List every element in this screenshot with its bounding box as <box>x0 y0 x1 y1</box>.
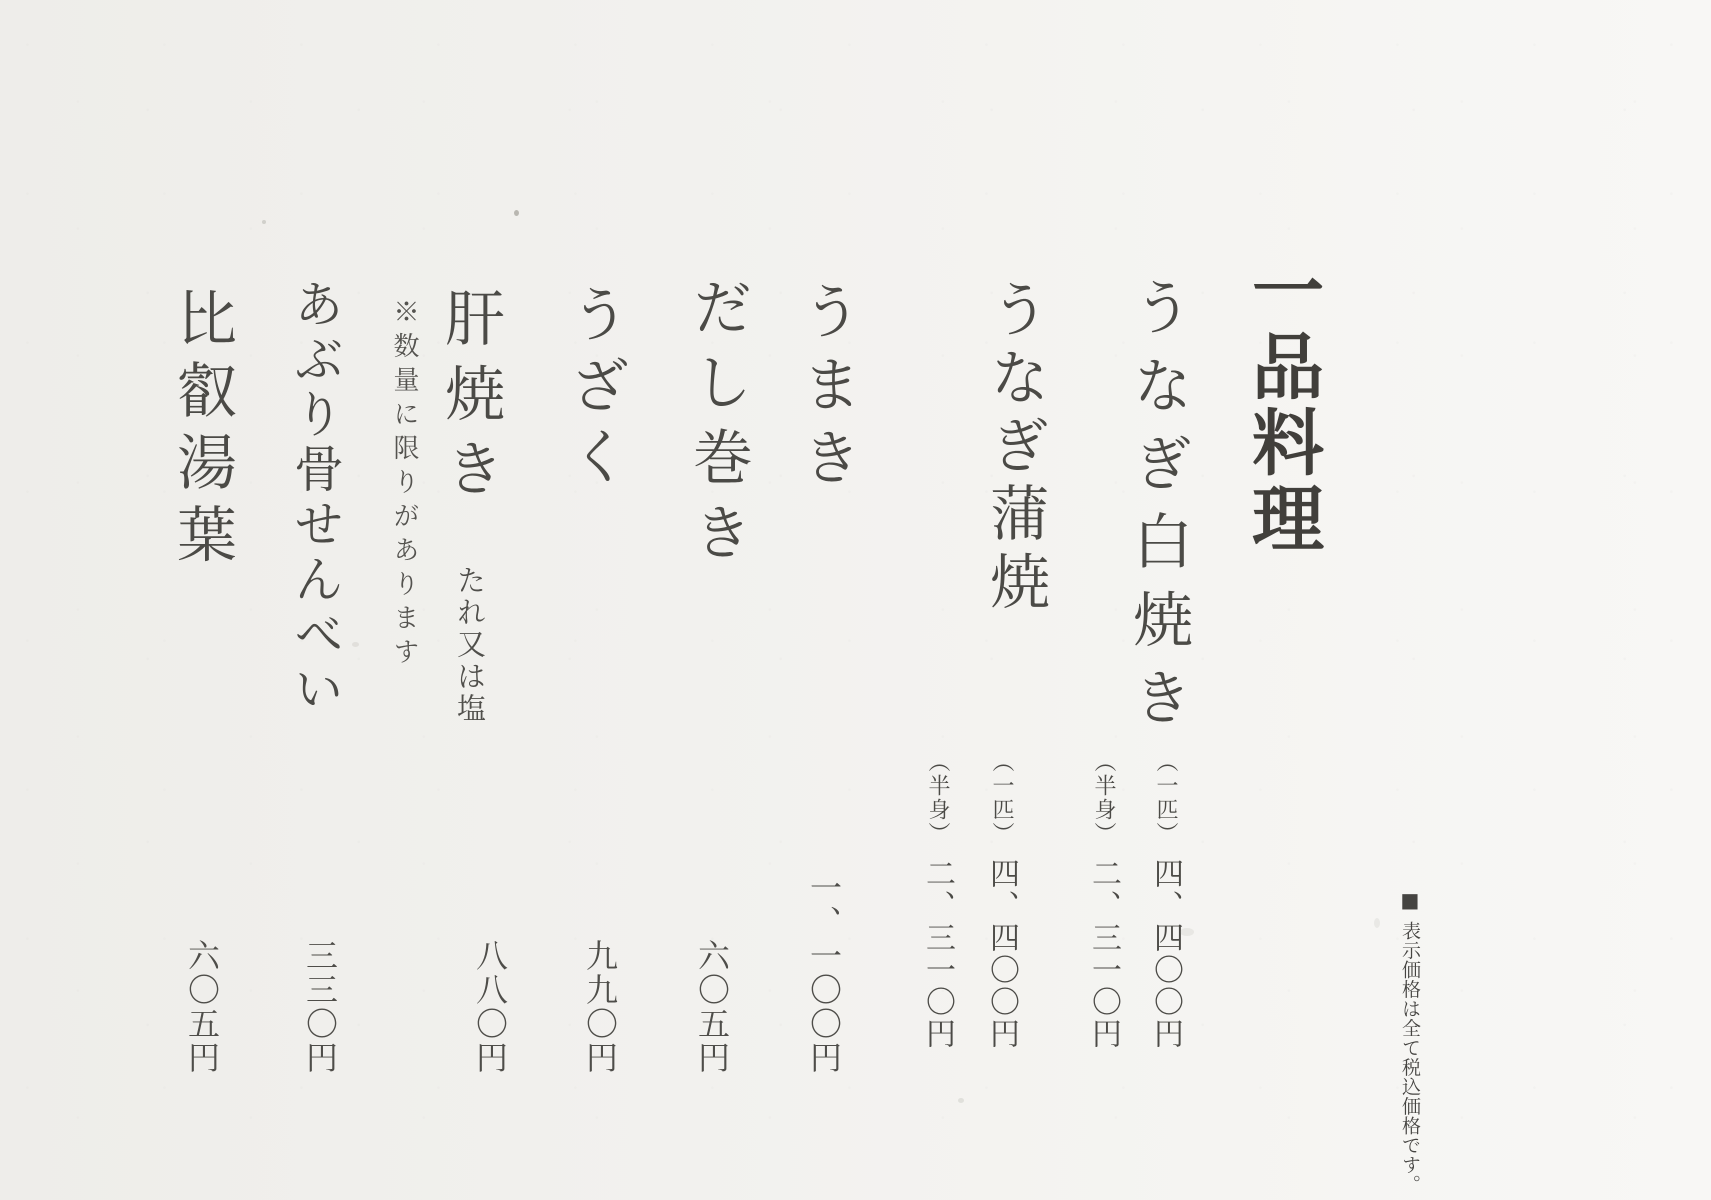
price-qualifier: （半身） <box>925 750 950 846</box>
price-unagi-kabayaki-whole: （一匹）四、四〇〇円 <box>986 750 1016 1050</box>
kimoyaki-availability-note: ※数量に限りがあります <box>391 298 417 672</box>
item-name-unagi-kabayaki: うなぎ蒲焼 <box>985 278 1045 618</box>
tax-notice: ■表示価格は全て税込価格です。 <box>1400 888 1420 1194</box>
kimoyaki-style-note: たれ又は塩 <box>455 565 484 725</box>
square-bullet-icon: ■ <box>1398 888 1422 913</box>
item-name-umaki: うまき <box>797 280 857 499</box>
scan-smudge <box>352 642 359 647</box>
item-name-kimoyaki: 肝焼き <box>440 287 500 512</box>
price-amount: 四、四〇〇円 <box>1148 858 1183 1050</box>
price-uzaku: 九九〇円 <box>584 939 616 1075</box>
scan-smudge <box>1374 918 1380 928</box>
item-name-unagi-shirayaki: うなぎ白焼き <box>1128 276 1188 744</box>
price-qualifier: （半身） <box>1091 750 1116 846</box>
scan-speck <box>262 220 266 224</box>
scan-speck <box>514 210 519 216</box>
price-amount: 四、四〇〇円 <box>984 858 1019 1050</box>
item-name-uzaku: うざく <box>565 283 625 496</box>
menu-section-title: 一品料理 <box>1246 253 1318 557</box>
item-name-dashimaki: だし巻き <box>688 276 748 576</box>
item-name-aburi-hone-senbei: あぶり骨せんべい <box>290 278 340 718</box>
price-amount: 二、三一〇円 <box>1086 858 1121 1050</box>
price-dashimaki: 六〇五円 <box>696 939 728 1075</box>
price-qualifier: （一匹） <box>989 750 1014 846</box>
price-hiei-yuba: 六〇五円 <box>186 939 218 1075</box>
price-qualifier: （一匹） <box>1153 750 1178 846</box>
item-name-hiei-yuba: 比叡湯葉 <box>172 287 232 575</box>
menu-page: 一品料理 うなぎ白焼き （一匹）四、四〇〇円 （半身）二、三一〇円 うなぎ蒲焼 … <box>0 0 1711 1200</box>
price-umaki: 一、一〇〇円 <box>808 871 840 1075</box>
price-unagi-kabayaki-half: （半身）二、三一〇円 <box>922 750 952 1050</box>
price-unagi-shirayaki-half: （半身）二、三一〇円 <box>1088 750 1118 1050</box>
scan-speck <box>958 1098 964 1103</box>
price-amount: 二、三一〇円 <box>920 858 955 1050</box>
price-kimoyaki: 八八〇円 <box>474 939 506 1075</box>
tax-notice-text: 表示価格は全て税込価格です。 <box>1399 921 1421 1194</box>
scan-smudge <box>1180 928 1194 936</box>
price-unagi-shirayaki-whole: （一匹）四、四〇〇円 <box>1150 750 1180 1050</box>
price-aburi-hone-senbei: 三三〇円 <box>304 939 336 1075</box>
